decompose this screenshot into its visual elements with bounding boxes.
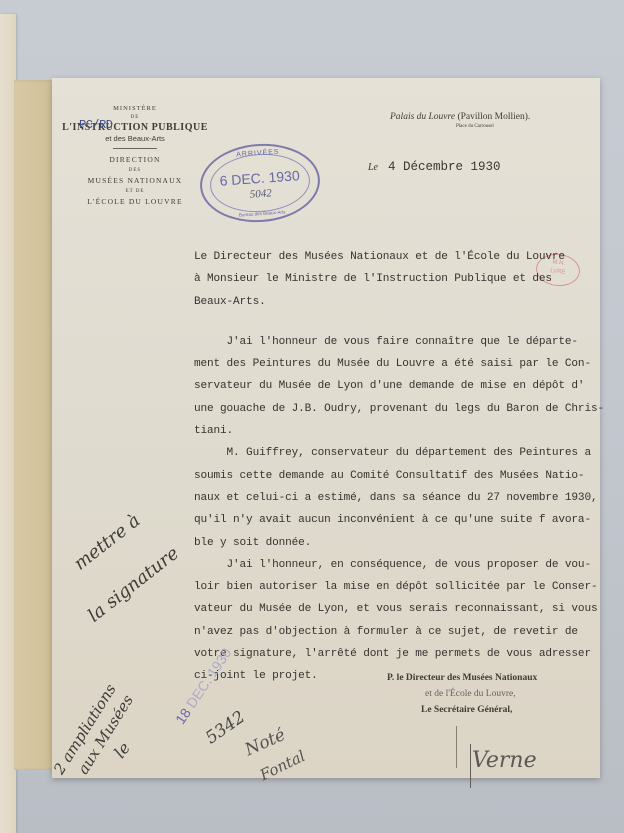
paragraph-line: une gouache de J.B. Oudry, provenant du … xyxy=(194,398,594,420)
paragraph-line: J'ai l'honneur, en conséquence, de vous … xyxy=(194,554,594,576)
palace-address: Palais du Louvre (Pavillon Mollien). xyxy=(390,112,590,122)
pavilion-name: (Pavillon Mollien). xyxy=(455,112,530,122)
letterhead-ecole: L'ÉCOLE DU LOUVRE xyxy=(60,196,210,208)
paragraph-line: servateur du Musée de Lyon d'une demande… xyxy=(194,375,594,397)
letterhead-line: DES xyxy=(60,166,210,175)
letterhead-direction: DIRECTION xyxy=(60,154,210,166)
spacer xyxy=(194,313,594,331)
margin-note-le: le xyxy=(110,738,134,761)
letterhead-line: et des Beaux-Arts xyxy=(60,134,210,144)
address-line: à Monsieur le Ministre de l'Instruction … xyxy=(194,268,594,290)
paragraph-line: soumis cette demande au Comité Consultat… xyxy=(194,465,594,487)
signature-stroke xyxy=(456,726,457,768)
paragraph-line: qu'il n'y avait aucun inconvénient à ce … xyxy=(194,509,594,531)
address-line: Beaux-Arts. xyxy=(194,291,594,313)
signatory-role: Le Secrétaire Général, xyxy=(421,702,607,718)
paragraph-line: tiani. xyxy=(194,420,594,442)
signatory-title: P. le Directeur des Musées Nationaux xyxy=(387,670,607,686)
letterhead-line: MINISTÈRE xyxy=(60,104,210,113)
signature-block: P. le Directeur des Musées Nationaux et … xyxy=(387,670,607,718)
letterhead-divider xyxy=(113,148,157,149)
received-date-stamp: ARRIVÉES 6 DEC. 1930 5042 Bureau des Bea… xyxy=(197,140,322,226)
signature-stroke xyxy=(470,744,471,788)
paragraph-line: J'ai l'honneur de vous faire connaître q… xyxy=(194,331,594,353)
palace-name: Palais du Louvre xyxy=(390,112,455,122)
letterhead-musees: MUSÉES NATIONAUX xyxy=(60,175,210,187)
margin-note-mettre: mettre à xyxy=(70,510,144,575)
place-name: Place du Carrousel xyxy=(456,124,590,129)
signatory-institution: et de l'École du Louvre, xyxy=(425,686,607,702)
paragraph-line: ble y soit donnée. xyxy=(194,532,594,554)
date-prefix: Le xyxy=(368,162,378,173)
address-letterhead: Palais du Louvre (Pavillon Mollien). Pla… xyxy=(390,112,590,129)
paragraph-line: naux et celui-ci a estimé, dans sa séanc… xyxy=(194,487,594,509)
paragraph-line: vateur du Musée de Lyon, et vous serais … xyxy=(194,598,594,620)
letter-date: Le4 Décembre 1930 xyxy=(368,160,501,174)
letter-body: Le Directeur des Musées Nationaux et de … xyxy=(194,246,594,688)
date-value: 4 Décembre 1930 xyxy=(388,160,501,174)
paragraph-line: loir bien autoriser la mise en dépôt sol… xyxy=(194,576,594,598)
address-line: Le Directeur des Musées Nationaux et de … xyxy=(194,246,594,268)
reference-stamp: PC/RD xyxy=(79,118,113,132)
letter-sheet: MINISTÈRE DE L'INSTRUCTION PUBLIQUE et d… xyxy=(52,78,600,778)
paragraph-line: votre signature, l'arrêté dont je me per… xyxy=(194,643,594,665)
paragraph-line: M. Guiffrey, conservateur du département… xyxy=(194,442,594,464)
handwritten-signature: Verne xyxy=(472,748,537,773)
folder-spine xyxy=(14,80,56,770)
letterhead-line: ET DE xyxy=(60,187,210,196)
paragraph-line: n'avez pas d'objection à formuler à ce s… xyxy=(194,621,594,643)
paragraph-line: ment des Peintures du Musée du Louvre a … xyxy=(194,353,594,375)
